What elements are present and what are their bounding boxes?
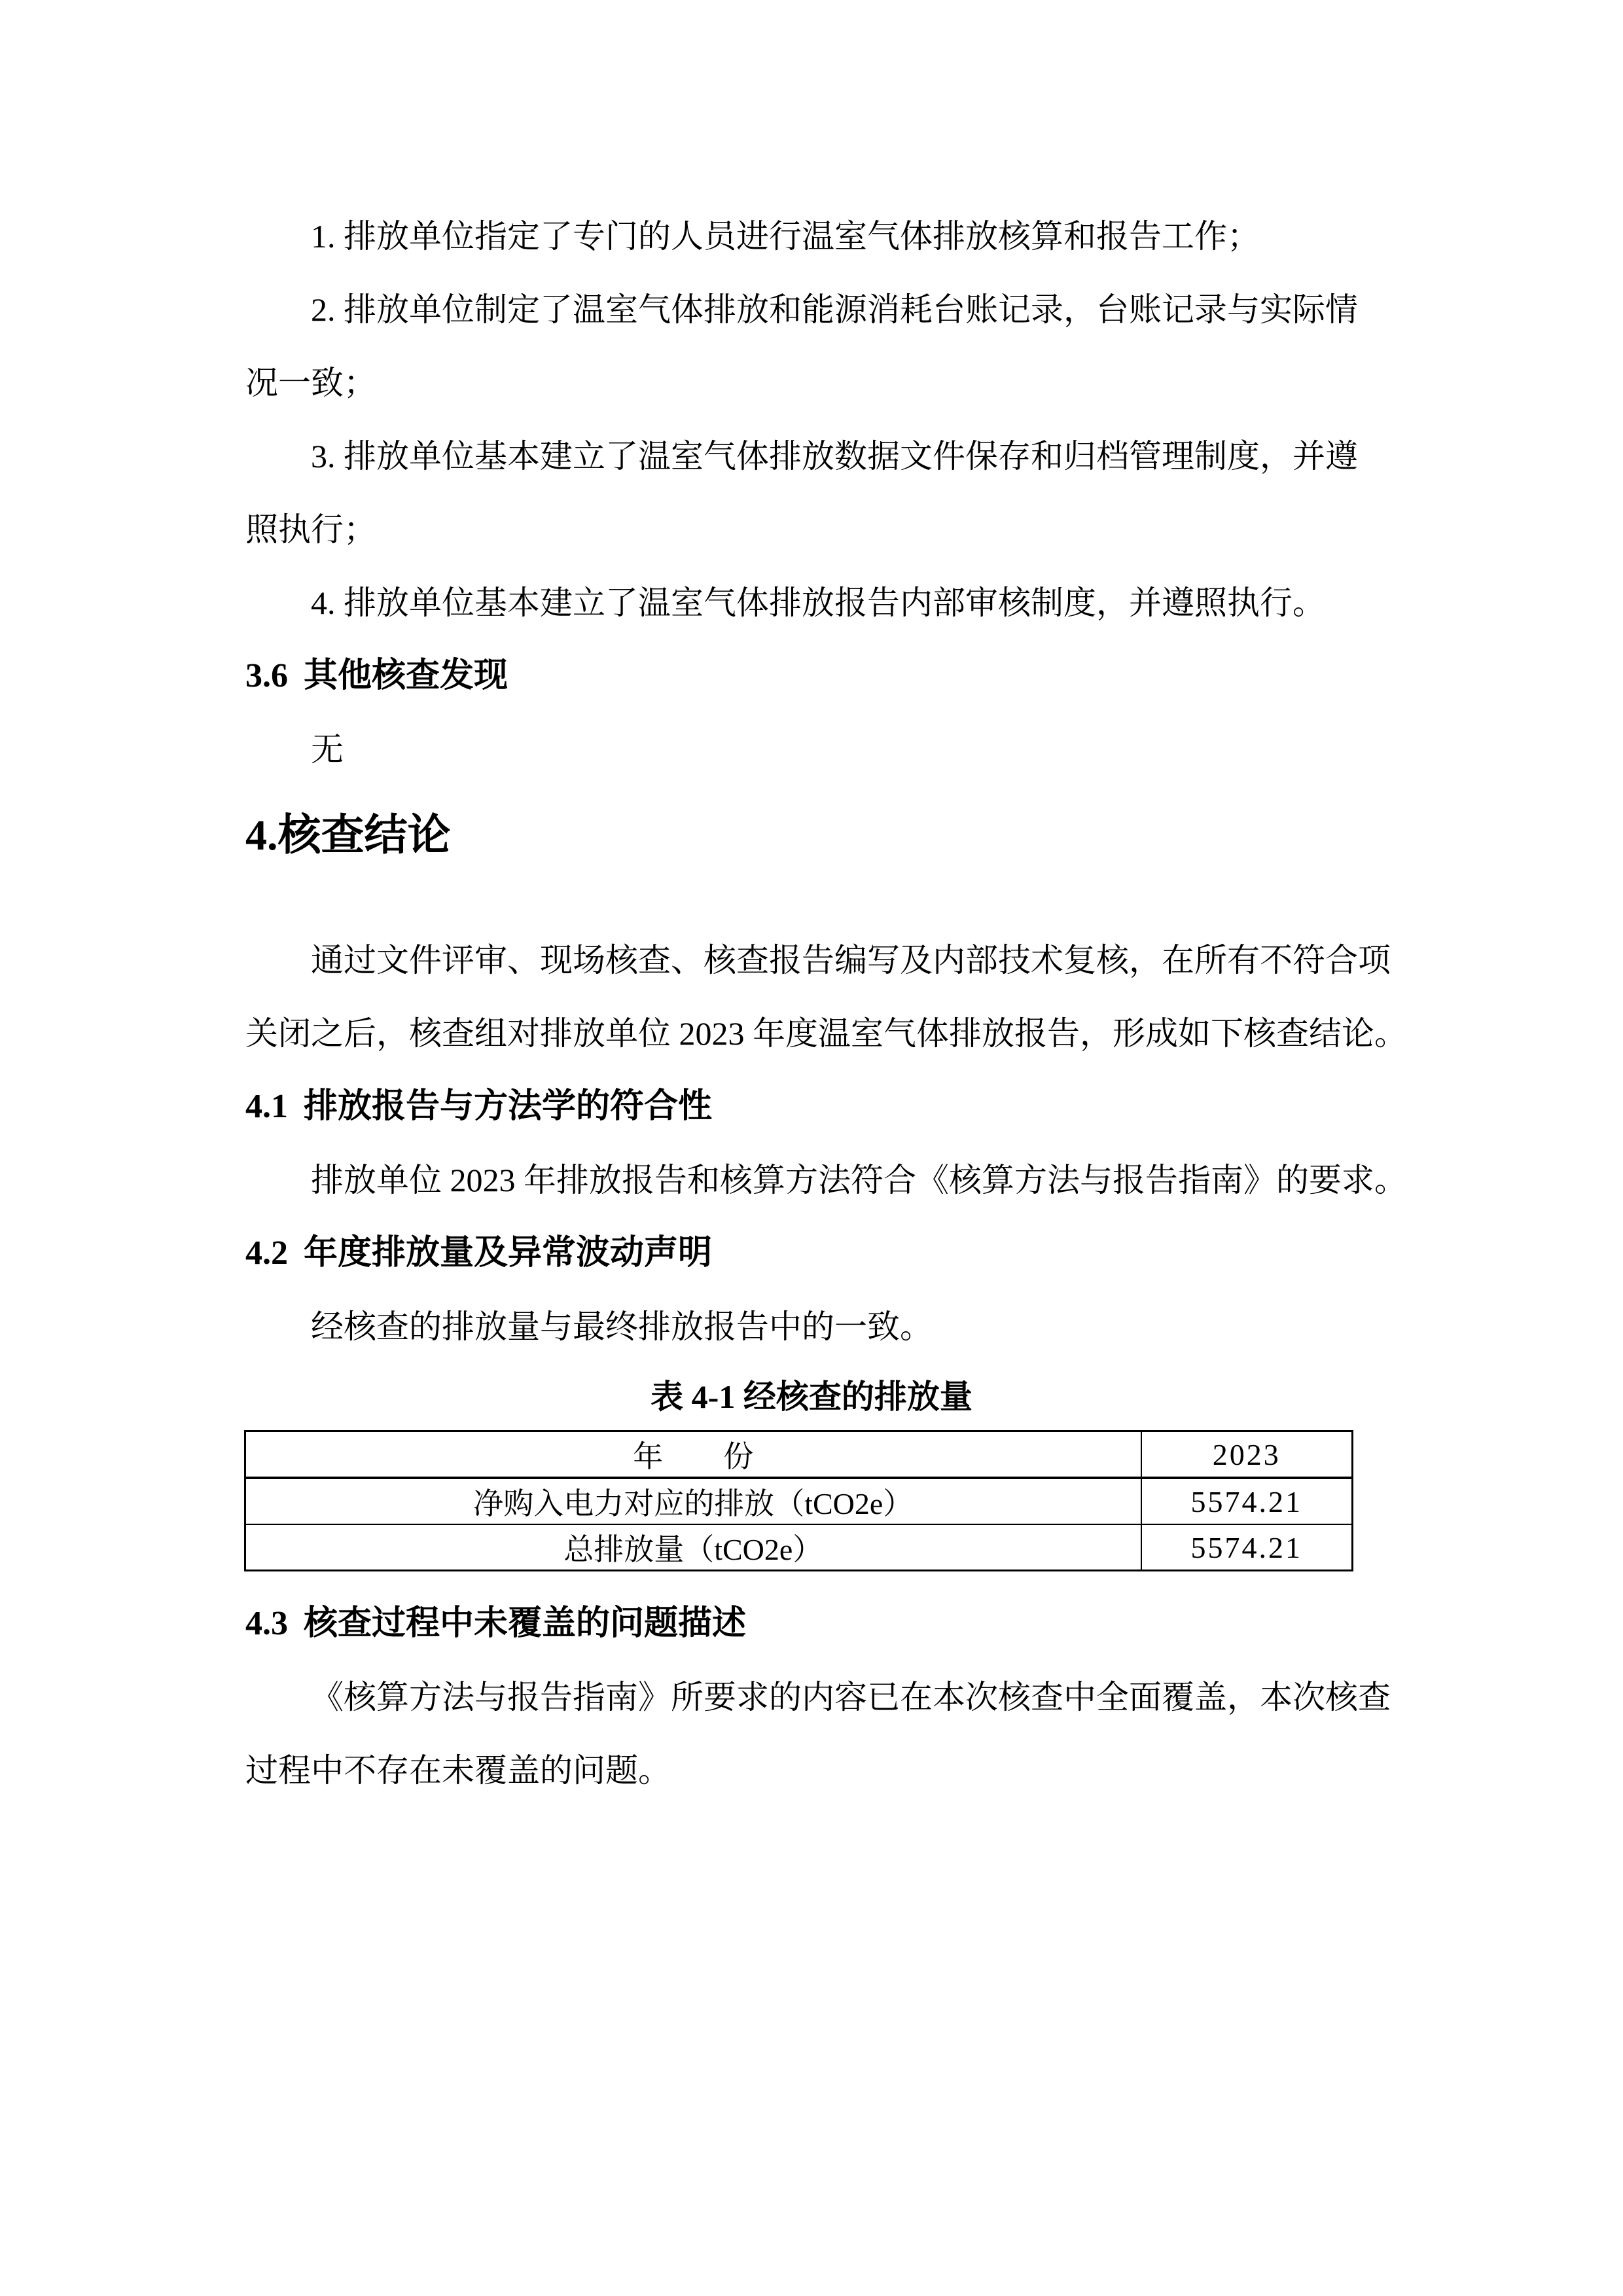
document-page: 1. 排放单位指定了专门的人员进行温室气体排放核算和报告工作； 2. 排放单位制…: [0, 0, 1623, 2296]
table-header-row: 年 份 2023: [245, 1431, 1353, 1479]
section-4-1-number: 4.1: [245, 1088, 288, 1125]
finding-item-3: 3. 排放单位基本建立了温室气体排放数据文件保存和归档管理制度，并遵: [245, 420, 1378, 493]
section-3-6-title: 其他核查发现: [304, 657, 508, 694]
total-emission-value: 5574.21: [1141, 1524, 1353, 1571]
section-4-3-number: 4.3: [245, 1605, 288, 1642]
finding-item-2: 2. 排放单位制定了温室气体排放和能源消耗台账记录，台账记录与实际情: [245, 273, 1378, 346]
section-4-2-body: 经核查的排放量与最终排放报告中的一致。: [245, 1290, 1378, 1363]
finding-item-3-continuation: 照执行；: [245, 493, 1378, 566]
section-4-intro-line-2: 关闭之后，核查组对排放单位 2023 年度温室气体排放报告，形成如下核查结论。: [245, 997, 1378, 1070]
section-4-3-body: 《核算方法与报告指南》所要求的内容已在本次核查中全面覆盖，本次核查 过程中不存在…: [245, 1660, 1378, 1807]
electricity-emission-label: 净购入电力对应的排放（tCO2e）: [245, 1478, 1141, 1524]
table-4-1: 年 份 2023 净购入电力对应的排放（tCO2e） 5574.21 总排放量（…: [244, 1430, 1353, 1571]
finding-item-2-continuation: 况一致；: [245, 346, 1378, 420]
section-4-2-heading: 4.2年度排放量及异常波动声明: [245, 1217, 1378, 1290]
section-4-3-heading: 4.3核查过程中未覆盖的问题描述: [245, 1587, 1378, 1660]
table-row-total-emission: 总排放量（tCO2e） 5574.21: [245, 1524, 1353, 1571]
table-4-1-caption: 表 4-1 经核查的排放量: [245, 1363, 1378, 1430]
section-4-2-title: 年度排放量及异常波动声明: [304, 1234, 712, 1272]
table-header-year-value: 2023: [1141, 1431, 1353, 1479]
total-emission-label: 总排放量（tCO2e）: [245, 1524, 1141, 1571]
section-3-6-body: 无: [245, 713, 1378, 786]
section-4-intro-line-1: 通过文件评审、现场核查、核查报告编写及内部技术复核，在所有不符合项: [245, 924, 1378, 997]
section-3-6-number: 3.6: [245, 657, 288, 694]
section-4-3-title: 核查过程中未覆盖的问题描述: [304, 1605, 746, 1642]
electricity-emission-value: 5574.21: [1141, 1478, 1353, 1524]
section-4-2-number: 4.2: [245, 1234, 288, 1272]
section-4-heading: 4.核查结论: [245, 797, 1378, 875]
section-3-6-heading: 3.6其他核查发现: [245, 639, 1378, 713]
management-findings-list: 1. 排放单位指定了专门的人员进行温室气体排放核算和报告工作； 2. 排放单位制…: [245, 200, 1378, 639]
section-4-intro: 通过文件评审、现场核查、核查报告编写及内部技术复核，在所有不符合项 关闭之后，核…: [245, 924, 1378, 1070]
table-header-year-label: 年 份: [245, 1431, 1141, 1479]
table-row-electricity-emission: 净购入电力对应的排放（tCO2e） 5574.21: [245, 1478, 1353, 1524]
section-4-1-heading: 4.1排放报告与方法学的符合性: [245, 1070, 1378, 1143]
finding-item-4: 4. 排放单位基本建立了温室气体排放报告内部审核制度，并遵照执行。: [245, 566, 1378, 639]
section-4-1-title: 排放报告与方法学的符合性: [304, 1088, 712, 1125]
section-4-3-line-1: 《核算方法与报告指南》所要求的内容已在本次核查中全面覆盖，本次核查: [245, 1660, 1378, 1734]
finding-item-1: 1. 排放单位指定了专门的人员进行温室气体排放核算和报告工作；: [245, 200, 1378, 273]
section-4-3-line-2: 过程中不存在未覆盖的问题。: [245, 1734, 1378, 1807]
section-4-1-body: 排放单位 2023 年排放报告和核算方法符合《核算方法与报告指南》的要求。: [245, 1143, 1378, 1217]
